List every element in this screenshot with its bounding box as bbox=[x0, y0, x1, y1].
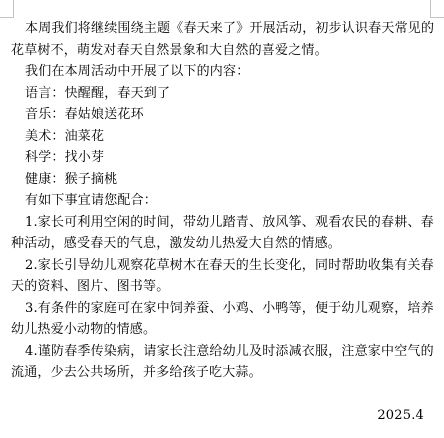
document-date: 2025.4 bbox=[11, 405, 430, 427]
document-body: 本周我们将继续围绕主题《春天来了》开展活动，初步认识春天常见的 花草树不，萌发对… bbox=[11, 18, 430, 427]
text-line: 流通，少去公共场所，并多给孩子吃大蒜。 bbox=[11, 362, 430, 384]
document-page: 本周我们将继续围绕主题《春天来了》开展活动，初步认识春天常见的 花草树不，萌发对… bbox=[0, 0, 444, 438]
margin-crop-mark-top-right bbox=[430, 0, 444, 18]
text-line: 音乐：春姑娘送花环 bbox=[11, 104, 430, 126]
text-line: 我们在本周活动中开展了以下的内容： bbox=[11, 61, 430, 83]
text-line: 2.家长引导幼儿观察花草树木在春天的生长变化，同时帮助收集有关春 bbox=[11, 255, 430, 277]
text-line: 语言：快醒醒，春天到了 bbox=[11, 83, 430, 105]
text-line: 美术：油菜花 bbox=[11, 126, 430, 148]
text-line: 幼儿热爱小动物的情感。 bbox=[11, 319, 430, 341]
text-line: 天的资料、图片、图书等。 bbox=[11, 276, 430, 298]
text-line: 种活动，感受春天的气息，激发幼儿热爱大自然的情感。 bbox=[11, 233, 430, 255]
text-line: 4.谨防春季传染病，请家长注意给幼儿及时添减衣服，注意家中空气的 bbox=[11, 341, 430, 363]
text-line: 健康：猴子摘桃 bbox=[11, 169, 430, 191]
text-line: 花草树不，萌发对春天自然景象和大自然的喜爱之情。 bbox=[11, 40, 430, 62]
margin-crop-mark-top-left bbox=[0, 0, 14, 18]
text-line: 有如下事宜请您配合： bbox=[11, 190, 430, 212]
text-line: 科学：找小芽 bbox=[11, 147, 430, 169]
text-line: 1.家长可利用空闲的时间，带幼儿踏青、放风筝、观看农民的春耕、春 bbox=[11, 212, 430, 234]
text-line: 3.有条件的家庭可在家中饲养蚕、小鸡、小鸭等，便于幼儿观察，培养 bbox=[11, 298, 430, 320]
text-line: 本周我们将继续围绕主题《春天来了》开展活动，初步认识春天常见的 bbox=[11, 18, 430, 40]
